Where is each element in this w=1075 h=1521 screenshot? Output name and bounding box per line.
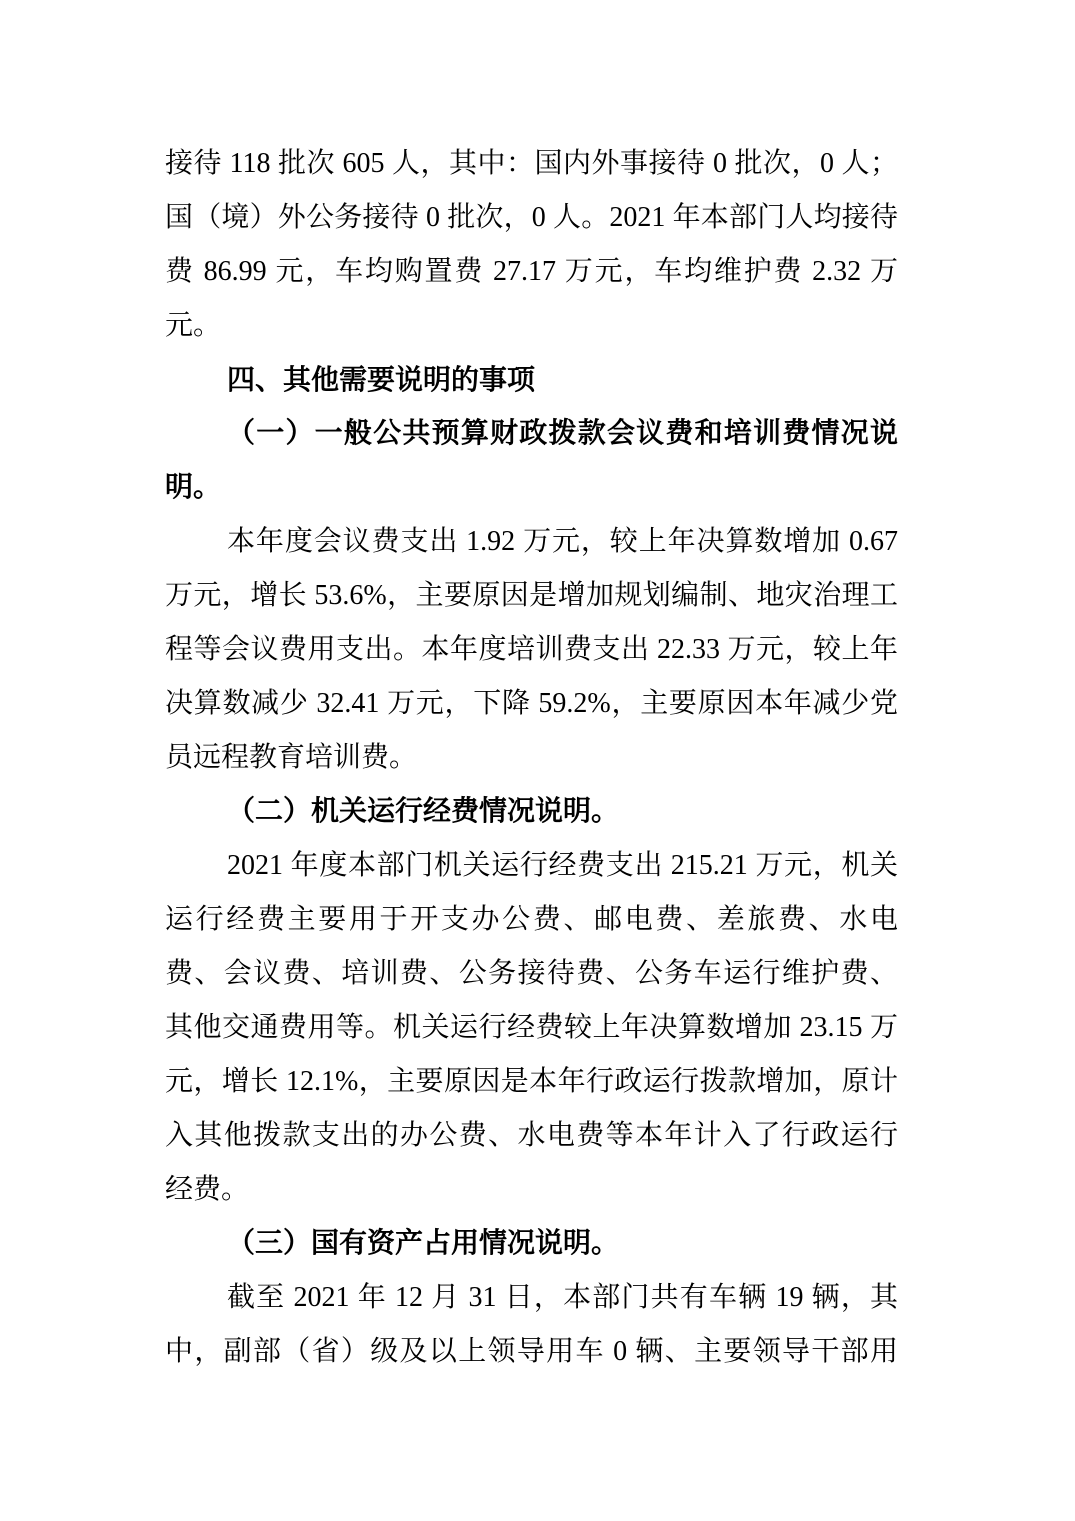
- text-line: 费 86.99 元，车均购置费 27.17 万元，车均维护费 2.32 万: [165, 245, 898, 299]
- paragraph-agency-operating-expenses: 2021 年度本部门机关运行经费支出 215.21 万元，机关 运行经费主要用于…: [165, 839, 898, 1217]
- text-line: 运行经费主要用于开支办公费、邮电费、差旅费、水电: [165, 893, 898, 947]
- document-page: 接待 118 批次 605 人，其中：国内外事接待 0 批次，0 人； 国（境）…: [0, 0, 1075, 1521]
- text-line: 入其他拨款支出的办公费、水电费等本年计入了行政运行: [165, 1109, 898, 1163]
- text-line: 程等会议费用支出。本年度培训费支出 22.33 万元，较上年: [165, 623, 898, 677]
- paragraph-state-owned-assets-vehicles: 截至 2021 年 12 月 31 日，本部门共有车辆 19 辆，其 中，副部（…: [165, 1271, 898, 1379]
- text-line: 员远程教育培训费。: [165, 731, 898, 785]
- heading-item-one: （一）一般公共预算财政拨款会议费和培训费情况说 明。: [165, 407, 898, 515]
- text-line: 万元，增长 53.6%，主要原因是增加规划编制、地灾治理工: [165, 569, 898, 623]
- heading-item-three: （三）国有资产占用情况说明。: [165, 1217, 898, 1271]
- heading-item-two: （二）机关运行经费情况说明。: [165, 785, 898, 839]
- text-line: 其他交通费用等。机关运行经费较上年决算数增加 23.15 万: [165, 1001, 898, 1055]
- text-line: 截至 2021 年 12 月 31 日，本部门共有车辆 19 辆，其: [165, 1271, 898, 1325]
- text-line: 本年度会议费支出 1.92 万元，较上年决算数增加 0.67: [165, 515, 898, 569]
- heading-section-four: 四、其他需要说明的事项: [165, 353, 898, 407]
- subsection-heading: （二）机关运行经费情况说明。: [165, 785, 898, 839]
- text-line: 2021 年度本部门机关运行经费支出 215.21 万元，机关: [165, 839, 898, 893]
- subsection-heading: （三）国有资产占用情况说明。: [165, 1217, 898, 1271]
- paragraph-meeting-and-training-fees: 本年度会议费支出 1.92 万元，较上年决算数增加 0.67 万元，增长 53.…: [165, 515, 898, 785]
- subsection-heading: 明。: [165, 461, 898, 515]
- section-heading: 四、其他需要说明的事项: [165, 353, 898, 407]
- text-line: 元。: [165, 299, 898, 353]
- text-line: 中，副部（省）级及以上领导用车 0 辆、主要领导干部用: [165, 1325, 898, 1379]
- text-line: 费、会议费、培训费、公务接待费、公务车运行维护费、: [165, 947, 898, 1001]
- text-line: 元，增长 12.1%，主要原因是本年行政运行拨款增加，原计: [165, 1055, 898, 1109]
- paragraph-official-reception-stats: 接待 118 批次 605 人，其中：国内外事接待 0 批次，0 人； 国（境）…: [165, 137, 898, 353]
- text-line: 经费。: [165, 1163, 898, 1217]
- text-line: 接待 118 批次 605 人，其中：国内外事接待 0 批次，0 人；: [165, 137, 898, 191]
- text-line: 国（境）外公务接待 0 批次，0 人。2021 年本部门人均接待: [165, 191, 898, 245]
- subsection-heading: （一）一般公共预算财政拨款会议费和培训费情况说: [165, 407, 898, 461]
- document-content: 接待 118 批次 605 人，其中：国内外事接待 0 批次，0 人； 国（境）…: [165, 137, 898, 1379]
- text-line: 决算数减少 32.41 万元，下降 59.2%，主要原因本年减少党: [165, 677, 898, 731]
